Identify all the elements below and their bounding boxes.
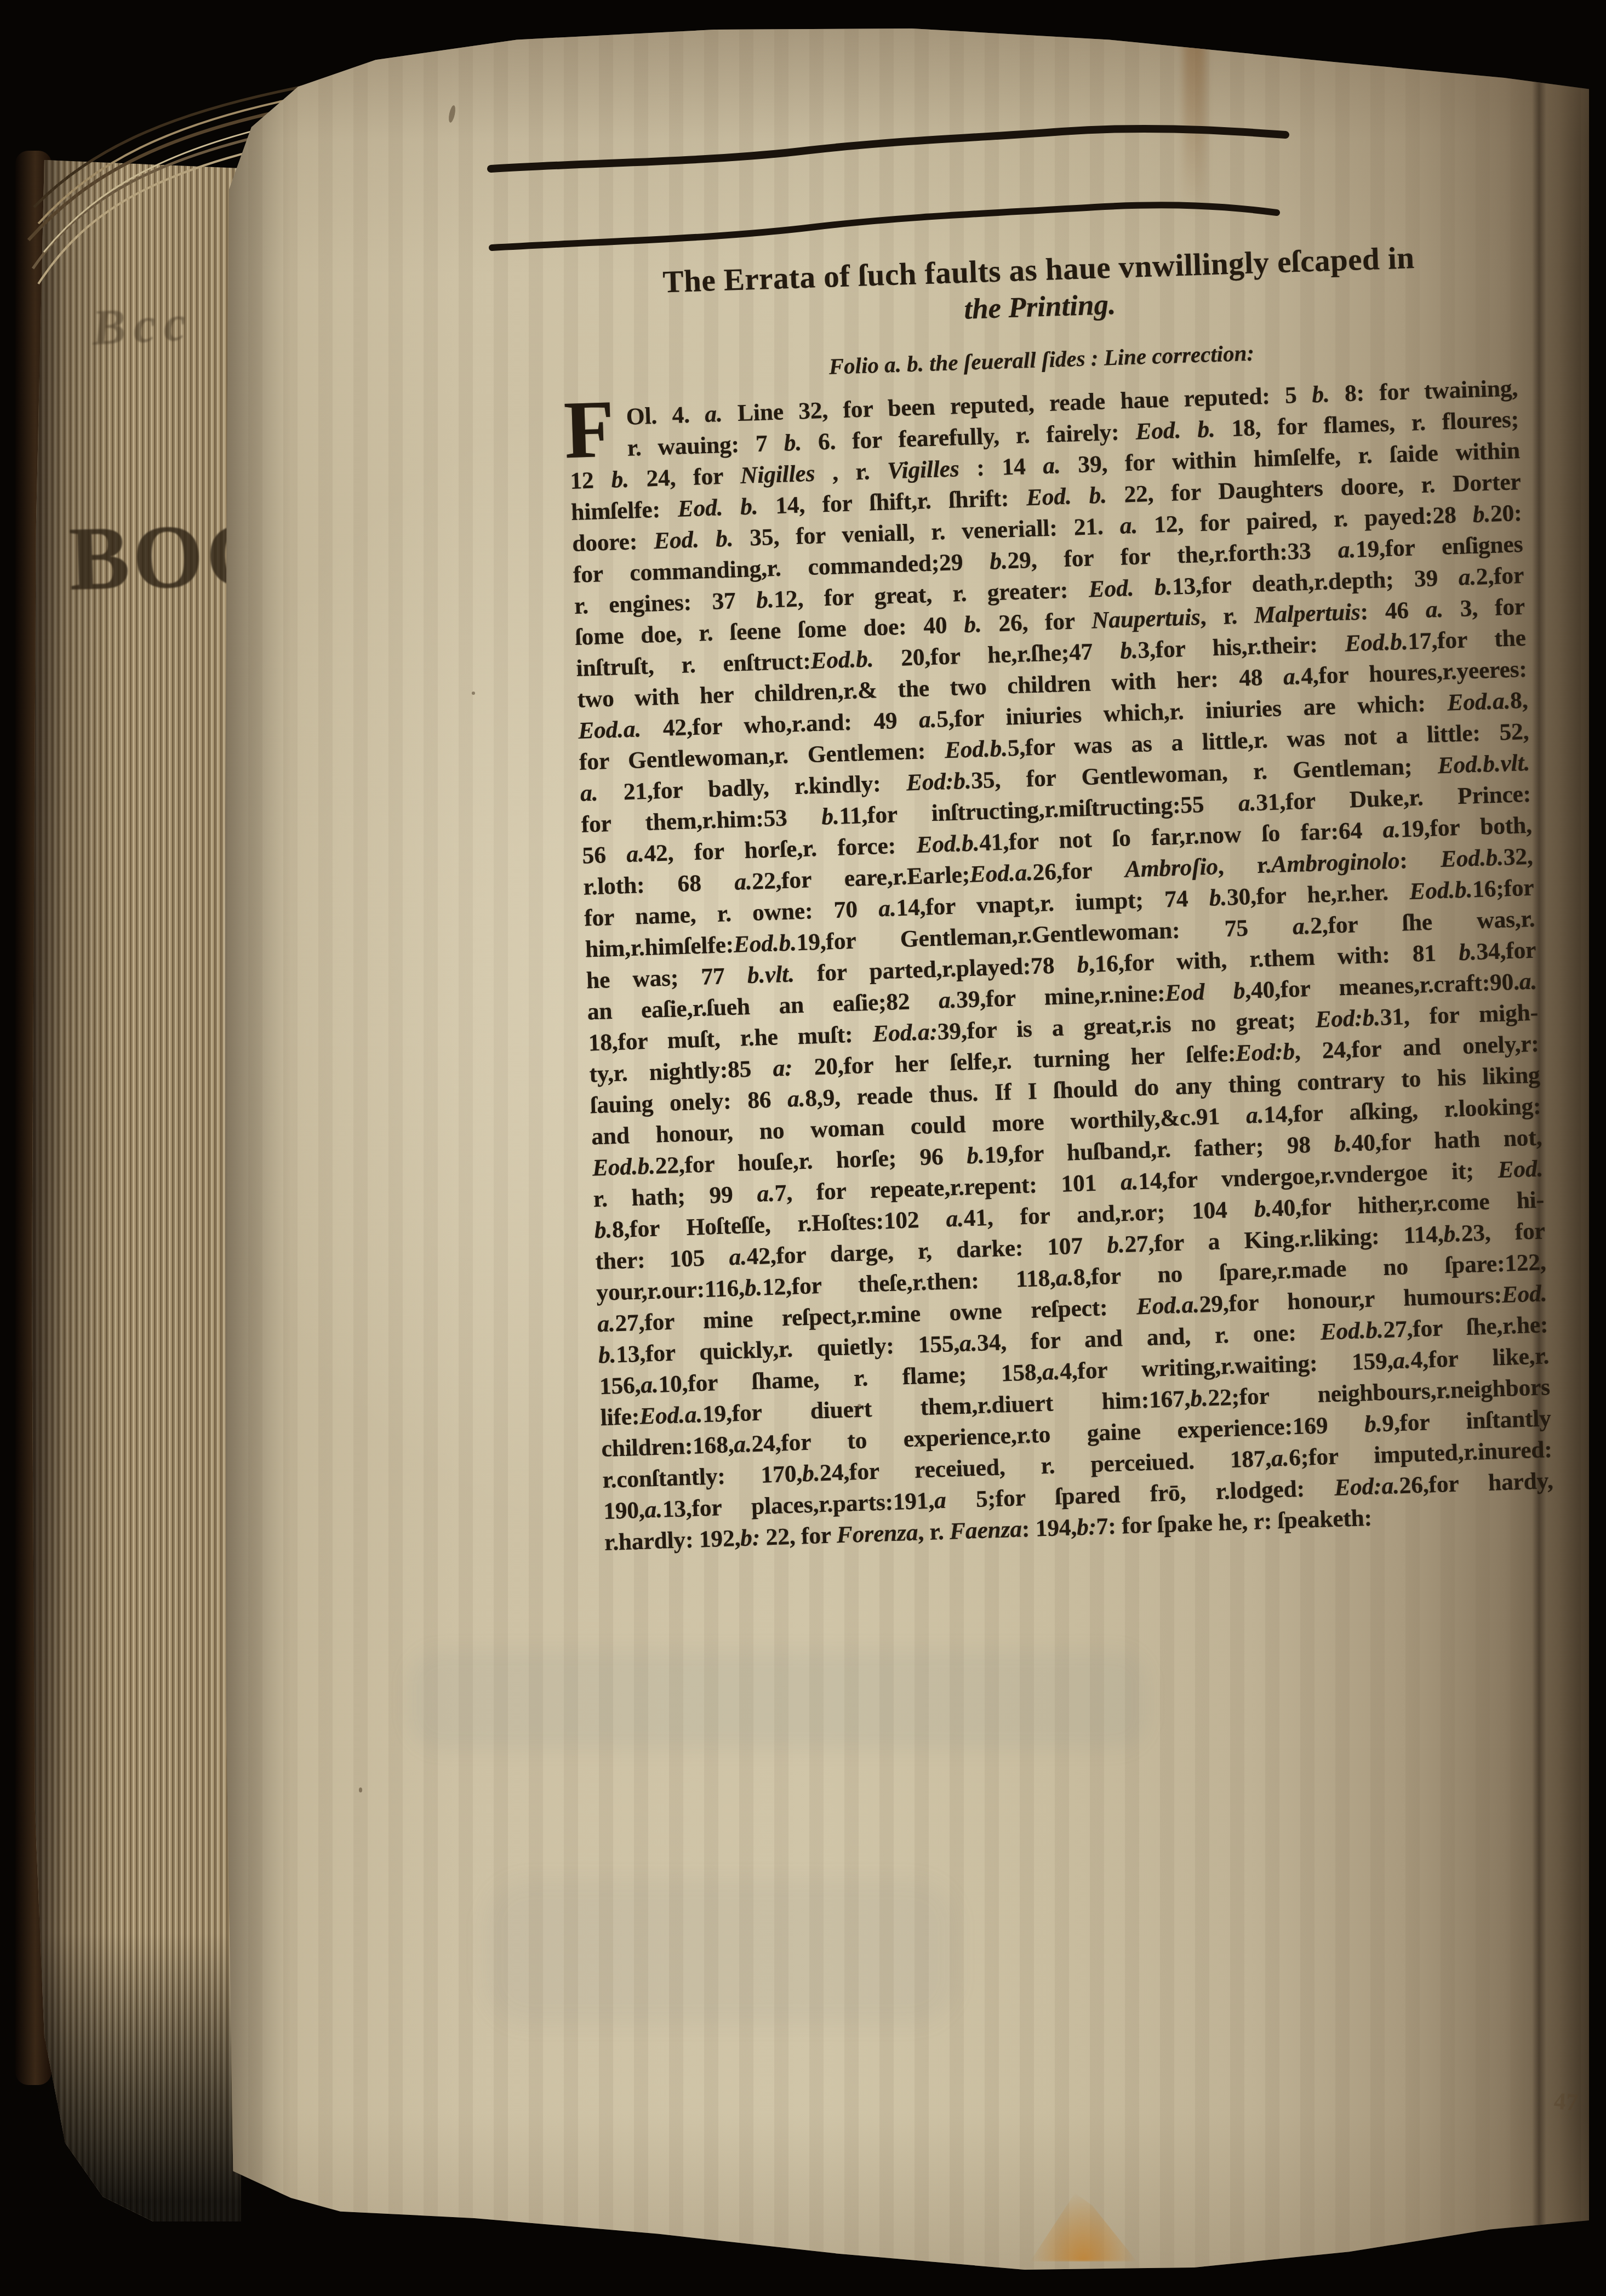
body-lines: Ol. 4. a. Line 32, for been reputed, rea… xyxy=(568,373,1554,1558)
paper-speck xyxy=(359,1787,362,1792)
fore-edge-page-stack xyxy=(32,160,241,2221)
fore-edge-inscription-faint: Bcc xyxy=(90,293,195,357)
errata-body: F Ol. 4. a. Line 32, for been reputed, r… xyxy=(568,373,1554,1558)
errata-text-block: The Errata of ſuch faults as haue vnwill… xyxy=(563,237,1554,1558)
bottom-edge-stain xyxy=(1030,2193,1137,2261)
printed-header-rules xyxy=(481,110,1303,263)
header-rule-top xyxy=(491,129,1285,169)
page-left-shadow xyxy=(225,28,291,2270)
header-rule-bottom xyxy=(492,205,1277,248)
book-photo: Bcc BOC The Errata of ſuch faults as hau… xyxy=(0,0,1606,2296)
showthrough-text-ghost xyxy=(485,1881,956,2023)
paper-speck xyxy=(448,105,456,123)
drop-cap-letter: F xyxy=(563,396,615,462)
paper-speck xyxy=(472,692,475,695)
margin-number: 47 xyxy=(1553,2087,1579,2117)
showthrough-text-ghost xyxy=(408,1650,1148,1749)
